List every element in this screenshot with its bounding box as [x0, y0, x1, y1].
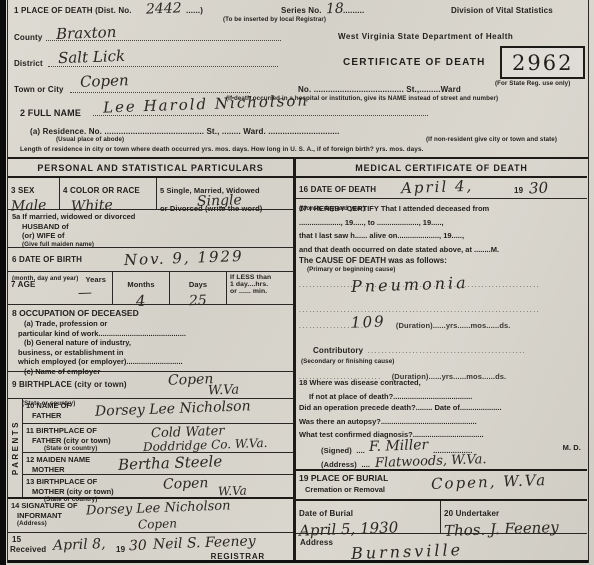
certificate-number: 2962	[500, 46, 585, 79]
birthplace-label: 9 BIRTHPLACE (city or town)	[12, 380, 127, 389]
burial-date-undertaker-row: Date of Burial April 5, 1930 20 Undertak…	[296, 499, 587, 534]
physician-address-row: (Address) .... Flatwoods, W.Va.	[296, 454, 587, 469]
undertaker-address-value: Burnsville	[351, 540, 464, 563]
mother-bp-city-value: Copen	[163, 475, 209, 493]
dod-label: 16 DATE OF DEATH	[299, 185, 376, 194]
series-no-value: 18	[326, 1, 344, 18]
mother-bp-label-1: 13 BIRTHPLACE OF	[26, 477, 290, 487]
received-number: 15	[12, 535, 21, 544]
age-less-line1: If LESS than	[230, 274, 290, 281]
series-dots: .........	[343, 6, 364, 15]
received-year-printed: 19	[116, 545, 125, 554]
full-name-label: 2 FULL NAME	[20, 108, 81, 118]
age-years-header: Years	[85, 275, 106, 284]
burial-label-2: Cremation or Removal	[299, 484, 388, 495]
occupation-a2: particular kind of work.................…	[12, 329, 289, 339]
marital-value: Single	[197, 192, 242, 210]
parents-rows: 10 NAME OF FATHER Dorsey Lee Nicholson 1…	[23, 399, 293, 497]
autopsy-line: Was there an autopsy?...................…	[299, 415, 584, 429]
date-of-birth-row: 6 DATE OF BIRTH (month, day and year) No…	[8, 248, 293, 272]
age-less-line2: 1 day....hrs.	[230, 281, 290, 288]
certify-line-2: ...................., 19....., to ......…	[299, 216, 584, 230]
left-column-title: PERSONAL AND STATISTICAL PARTICULARS	[8, 159, 293, 178]
division-label: Division of Vital Statistics	[451, 6, 553, 15]
received-date-value: April 8,	[53, 536, 106, 554]
town-or-city-label: Town or City	[14, 85, 64, 94]
father-name-row: 10 NAME OF FATHER Dorsey Lee Nicholson	[23, 399, 293, 424]
cause-of-death-block: The CAUSE OF DEATH was as follows: (Prim…	[296, 255, 587, 374]
operation-line: Did an operation precede death?........ …	[299, 401, 584, 415]
occupation-row: 8 OCCUPATION OF DECEASED (a) Trade, prof…	[8, 305, 293, 372]
certificate-form: 1 PLACE OF DEATH (Dist. No. 2442 ......)…	[7, 0, 589, 563]
duration-line-1: (Duration)......yrs......mos......ds.	[396, 321, 511, 330]
cause-dotline-2: ........................................…	[299, 305, 584, 316]
duration-line-2: (Duration)......yrs......mos......ds.	[392, 372, 507, 381]
undertaker-label: 20 Undertaker	[444, 509, 499, 518]
age-months-header: Months	[127, 280, 154, 289]
age-label: 7 AGE	[11, 280, 35, 289]
informant-row: 14 SIGNATURE OF INFORMANT (Address) Dors…	[8, 499, 293, 533]
occupation-label: 8 OCCUPATION OF DECEASED	[12, 307, 289, 319]
race-value: White	[71, 197, 113, 214]
race-label: 4 COLOR OR RACE	[63, 186, 140, 195]
undertaker-cell: 20 Undertaker Thos. J. Feeney	[441, 501, 587, 533]
dod-label-block: 16 DATE OF DEATH (Month, day and year)	[299, 179, 391, 197]
mother-maiden-value: Bertha Steele	[118, 452, 223, 474]
row5a-line4: (Give full maiden name)	[12, 241, 289, 248]
occupation-b2: business, or establishment in	[12, 348, 289, 358]
physician-signature-value: F. Miller	[369, 437, 429, 455]
received-row: 15 Received April 8, 19 30 Neil S. Feene…	[8, 533, 293, 560]
age-months-value: 4	[136, 292, 146, 310]
county-label: County	[14, 33, 42, 42]
dod-year-printed: 19	[514, 186, 523, 195]
cause-code-row: ....................(Duration)......yrs.…	[299, 320, 584, 332]
certificate-of-death-label: CERTIFICATE OF DEATH	[343, 57, 486, 68]
residence-line: (a) Residence. No. .....................…	[30, 127, 339, 136]
dob-label-block: 6 DATE OF BIRTH (month, day and year)	[12, 249, 124, 270]
district-label: District	[14, 59, 43, 68]
informant-address-value: Copen	[138, 516, 177, 531]
age-days-value: 25	[189, 293, 207, 310]
cause-value: Pneumonia	[351, 273, 469, 296]
dod-year-written: 30	[529, 179, 549, 198]
contributory-duration-row: ........................(Duration)......…	[299, 371, 584, 383]
sex-label: 3 SEX	[11, 186, 34, 195]
birthplace-row: 9 BIRTHPLACE (city or town) Copen (State…	[8, 372, 293, 399]
scan-film-edge	[0, 0, 6, 565]
certify-line-4: and that death occurred on date stated a…	[299, 243, 584, 257]
district-value: Salt Lick	[58, 47, 126, 67]
contributory-row: Contributory ...........................…	[299, 340, 584, 358]
abode-note: (Usual place of abode)	[56, 136, 124, 143]
address-lead-dots: ....	[361, 460, 370, 469]
mother-birthplace-row: 13 BIRTHPLACE OF MOTHER (city or town) (…	[23, 475, 293, 498]
particulars-columns: PERSONAL AND STATISTICAL PARTICULARS 3 S…	[8, 157, 588, 563]
md-label: M. D.	[563, 443, 581, 452]
undertaker-address-label: Address	[300, 538, 333, 547]
date-of-death-row: 16 DATE OF DEATH (Month, day and year) A…	[296, 178, 587, 199]
place-of-burial-row: 19 PLACE OF BURIAL Cremation or Removal …	[296, 469, 587, 499]
burial-label-block: 19 PLACE OF BURIAL Cremation or Removal	[299, 473, 388, 497]
age-days-cell: Days 25	[170, 272, 227, 304]
mother-maiden-row: 12 MAIDEN NAME MOTHER Bertha Steele	[23, 453, 293, 475]
age-days-header: Days	[189, 280, 207, 289]
dod-value: April 4,	[401, 177, 474, 198]
length-of-residence-line: Length of residence in city or town wher…	[20, 146, 423, 153]
occupation-b1: (b) General nature of industry,	[12, 338, 289, 348]
series-no-label: Series No.	[281, 6, 322, 15]
physician-address-label: (Address)	[299, 460, 357, 469]
physician-signed-row: (Signed) .... F. Miller ................…	[296, 440, 587, 454]
age-row: 7 AGE Years — Months 4 Days 25 If LESS t…	[8, 272, 293, 305]
dob-value: Nov. 9, 1929	[124, 247, 244, 272]
age-main-cell: 7 AGE Years —	[8, 272, 113, 304]
registrar-signature-value: Neil S. Feeney	[153, 533, 256, 553]
parents-vertical-label-cell: PARENTS	[8, 399, 23, 497]
medical-certificate-column: MEDICAL CERTIFICATE OF DEATH 16 DATE OF …	[296, 159, 587, 560]
age-less-line3: or ...... min.	[230, 288, 290, 295]
certify-line-3: that I last saw h...... alive on........…	[299, 229, 584, 243]
cause-label: The CAUSE OF DEATH was as follows:	[299, 255, 584, 266]
burial-date-label: Date of Burial	[299, 509, 353, 518]
father-birthplace-row: 11 BIRTHPLACE OF FATHER (city or town) (…	[23, 424, 293, 453]
occupation-b3: which employed (or employer)............…	[12, 357, 289, 367]
marital-cell: 5 Single, Married, Widowed or Divorced (…	[157, 178, 293, 209]
personal-particulars-column: PERSONAL AND STATISTICAL PARTICULARS 3 S…	[8, 159, 296, 560]
sex-race-marital-row: 3 SEX Male 4 COLOR OR RACE White 5 Singl…	[8, 178, 293, 210]
occupation-a1: (a) Trade, profession or	[12, 319, 289, 329]
dob-label: 6 DATE OF BIRTH	[12, 255, 82, 264]
operation-autopsy-block: Did an operation precede death?........ …	[296, 400, 587, 440]
registrar-label: REGISTRAR	[211, 552, 265, 561]
age-months-cell: Months 4	[113, 272, 170, 304]
contributory-sub-label: (Secondary or finishing cause)	[299, 358, 584, 365]
form-header: 1 PLACE OF DEATH (Dist. No. 2442 ......)…	[8, 0, 588, 157]
sex-cell: 3 SEX Male	[8, 178, 60, 209]
cause-code-value: 109	[351, 312, 386, 331]
right-column-title: MEDICAL CERTIFICATE OF DEATH	[296, 159, 587, 178]
age-less-cell: If LESS than 1 day....hrs. or ...... min…	[227, 272, 293, 304]
row5a-line3: (or) WIFE of	[12, 231, 289, 241]
contributory-label: Contributory	[299, 346, 363, 355]
death-certificate-scan: 1 PLACE OF DEATH (Dist. No. 2442 ......)…	[0, 0, 594, 565]
received-year-written: 30	[129, 538, 147, 555]
age-years-value: —	[78, 285, 93, 301]
burial-place-value: Copen, W.Va	[431, 471, 548, 493]
undertaker-address-row: Address Burnsville	[296, 534, 587, 560]
cause-sub-label: (Primary or beginning cause)	[299, 266, 584, 273]
nonresident-note: (If non-resident give city or town and s…	[426, 136, 557, 143]
mother-bp-label-2: MOTHER (city or town)	[26, 487, 290, 497]
sex-value: Male	[11, 197, 47, 214]
row5a-line2: HUSBAND of	[12, 222, 289, 232]
parents-label: PARENTS	[11, 420, 20, 475]
contributory-lead: ........................	[299, 374, 382, 381]
dod-sub-label: (Month, day and year)	[299, 205, 365, 212]
birthplace-state-value: W.Va	[208, 382, 240, 398]
contributory-dots: ........................................…	[368, 348, 526, 355]
department-label: West Virginia State Department of Health	[338, 32, 513, 41]
received-label: Received	[10, 545, 46, 554]
birthplace-city-value: Copen	[168, 371, 214, 389]
mother-bp-state-value: W.Va	[218, 484, 247, 499]
burial-label-1: 19 PLACE OF BURIAL	[299, 473, 388, 484]
state-reg-note: (For State Reg. use only)	[495, 80, 570, 87]
race-cell: 4 COLOR OR RACE White	[60, 178, 157, 209]
burial-date-cell: Date of Burial April 5, 1930	[296, 501, 441, 533]
parents-section: PARENTS 10 NAME OF FATHER Dorsey Lee Nic…	[8, 399, 293, 499]
